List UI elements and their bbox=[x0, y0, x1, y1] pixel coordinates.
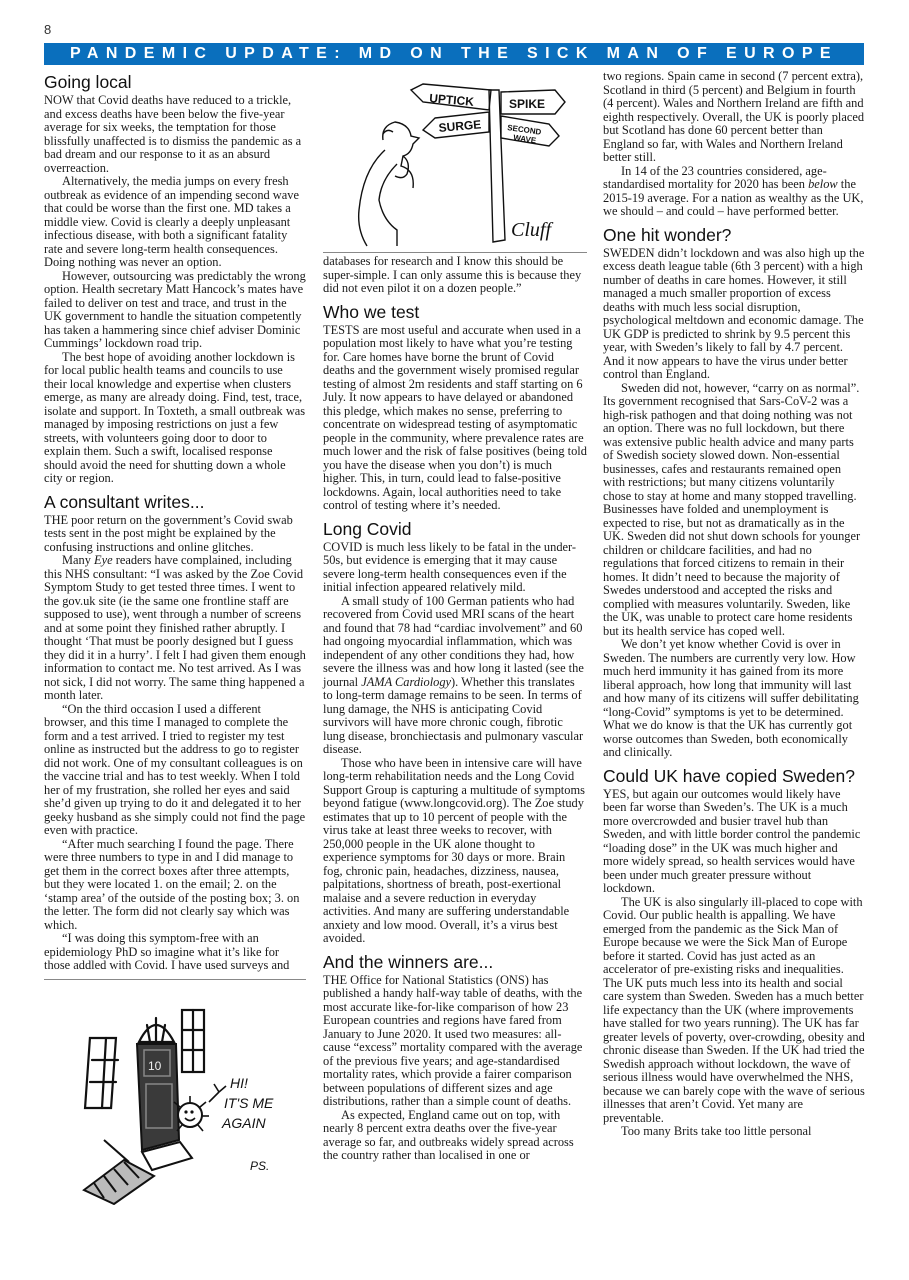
paragraph: The best hope of avoiding another lockdo… bbox=[44, 351, 306, 486]
journal-name: JAMA Cardiology bbox=[361, 675, 451, 689]
paragraph: TESTS are most useful and accurate when … bbox=[323, 324, 587, 513]
paragraph: A small study of 100 German patients who… bbox=[323, 595, 587, 757]
heading-going-local: Going local bbox=[44, 72, 306, 92]
sign-uptick: UPTICK bbox=[429, 91, 475, 109]
door-number: 10 bbox=[148, 1059, 162, 1073]
column-1: Going local NOW that Covid deaths have r… bbox=[44, 70, 306, 1205]
text-run: Many bbox=[62, 553, 94, 567]
paragraph: COVID is much less likely to be fatal in… bbox=[323, 541, 587, 595]
speech-text-1: HI! bbox=[230, 1075, 248, 1091]
heading-consultant-writes: A consultant writes... bbox=[44, 492, 306, 512]
column-2: UPTICK SPIKE SURGE SECOND WAVE Cluff dat… bbox=[323, 70, 587, 1163]
heading-winners: And the winners are... bbox=[323, 952, 587, 972]
paragraph: “After much searching I found the page. … bbox=[44, 838, 306, 933]
emphasis: below bbox=[808, 177, 838, 191]
heading-who-we-test: Who we test bbox=[323, 302, 587, 322]
paragraph: “I was doing this symptom-free with an e… bbox=[44, 932, 306, 973]
heading-one-hit-wonder: One hit wonder? bbox=[603, 225, 865, 245]
paragraph: We don’t yet know whether Covid is over … bbox=[603, 638, 865, 760]
cartoon-signpost: UPTICK SPIKE SURGE SECOND WAVE Cluff bbox=[323, 70, 587, 250]
paragraph: In 14 of the 23 countries considered, ag… bbox=[603, 165, 865, 219]
paragraph: Alternatively, the media jumps on every … bbox=[44, 175, 306, 270]
sign-spike: SPIKE bbox=[509, 97, 545, 111]
paragraph: “On the third occasion I used a differen… bbox=[44, 703, 306, 838]
paragraph: Sweden did not, however, “carry on as no… bbox=[603, 382, 865, 639]
paragraph: two regions. Spain came in second (7 per… bbox=[603, 70, 865, 165]
speech-text-3: AGAIN bbox=[221, 1115, 266, 1131]
sign-surge: SURGE bbox=[438, 117, 482, 135]
paragraph: THE poor return on the government’s Covi… bbox=[44, 514, 306, 555]
section-banner: PANDEMIC UPDATE: MD ON THE SICK MAN OF E… bbox=[44, 43, 864, 65]
paragraph: SWEDEN didn’t lockdown and was also high… bbox=[603, 247, 865, 382]
publication-name: Eye bbox=[94, 553, 113, 567]
page-number: 8 bbox=[44, 22, 51, 37]
paragraph: Too many Brits take too little personal bbox=[603, 1125, 865, 1139]
text-run: readers have complained, including this … bbox=[44, 553, 306, 702]
paragraph: THE Office for National Statistics (ONS)… bbox=[323, 974, 587, 1109]
paragraph: databases for research and I know this s… bbox=[323, 255, 587, 296]
heading-could-uk-copy-sweden: Could UK have copied Sweden? bbox=[603, 766, 865, 786]
paragraph: YES, but again our outcomes would likely… bbox=[603, 788, 865, 896]
cartoon-number-10-virus: 10 HI! IT'S ME AGAIN PS. bbox=[44, 980, 306, 1205]
paragraph: However, outsourcing was predictably the… bbox=[44, 270, 306, 351]
heading-long-covid: Long Covid bbox=[323, 519, 587, 539]
divider bbox=[323, 252, 587, 253]
paragraph: NOW that Covid deaths have reduced to a … bbox=[44, 94, 306, 175]
text-run: In 14 of the 23 countries considered, ag… bbox=[603, 164, 827, 192]
paragraph: The UK is also singularly ill-placed to … bbox=[603, 896, 865, 1126]
paragraph: Those who have been in intensive care wi… bbox=[323, 757, 587, 946]
sign-wave: WAVE bbox=[513, 133, 538, 145]
paragraph: Many Eye readers have complained, includ… bbox=[44, 554, 306, 703]
paragraph: As expected, England came out on top, wi… bbox=[323, 1109, 587, 1163]
cartoonist-signature: PS. bbox=[250, 1159, 269, 1173]
cartoonist-signature: Cluff bbox=[511, 219, 553, 241]
speech-text-2: IT'S ME bbox=[224, 1095, 274, 1111]
column-3: two regions. Spain came in second (7 per… bbox=[603, 70, 865, 1139]
